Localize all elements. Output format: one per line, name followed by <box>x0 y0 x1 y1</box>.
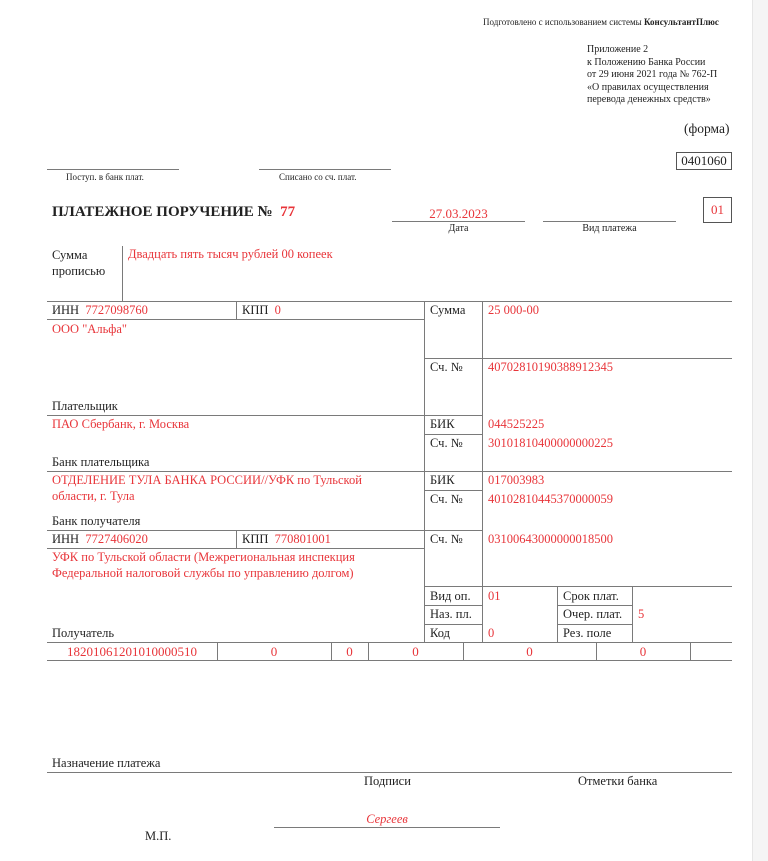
op-type-label: Вид оп. <box>430 589 471 604</box>
payer-kpp-value: 0 <box>275 303 281 317</box>
payer-inn-label: ИНН <box>52 303 79 317</box>
amount-words-label: Сумма прописью <box>52 247 105 279</box>
document-date: 27.03.2023 <box>392 206 525 222</box>
payee-kpp-label: КПП <box>242 532 268 546</box>
payee-inn-value: 7727406020 <box>85 532 148 546</box>
received-line <box>47 169 179 170</box>
date-label: Дата <box>392 223 525 234</box>
grid-line <box>424 434 482 435</box>
status-code-box: 01 <box>703 197 732 223</box>
grid-line <box>690 642 691 660</box>
payee-account-value: 03100643000000018500 <box>488 532 613 547</box>
tax-period: 0 <box>368 644 463 660</box>
grid-line <box>424 358 732 359</box>
op-type-value: 01 <box>488 589 501 604</box>
grid-line <box>47 642 732 643</box>
payee-role-label: Получатель <box>52 626 114 641</box>
payee-bank-name-line: ОТДЕЛЕНИЕ ТУЛА БАНКА РОССИИ//УФК по Туль… <box>52 473 362 489</box>
tax-doc-number: 0 <box>463 644 596 660</box>
appendix-line: перевода денежных средств» <box>587 94 717 107</box>
debited-label: Списано со сч. плат. <box>279 172 356 182</box>
grid-line <box>482 586 483 642</box>
date-line <box>392 221 525 222</box>
grid-line <box>47 301 732 302</box>
grid-line <box>47 530 482 531</box>
appendix-line: к Положению Банка России <box>587 57 717 70</box>
stamp-label: М.П. <box>145 829 171 844</box>
payee-inn: ИНН 7727406020 <box>52 532 148 547</box>
grid-line <box>632 586 633 642</box>
appendix-line: от 29 июня 2021 года № 762-П <box>587 69 717 82</box>
payer-bank-account-label: Сч. № <box>430 436 463 451</box>
payee-bank-role-label: Банк получателя <box>52 514 140 529</box>
appendix-line: «О правилах осуществления <box>587 82 717 95</box>
payer-account-label: Сч. № <box>430 360 463 375</box>
grid-line <box>47 319 424 320</box>
payee-bank-name-line: области, г. Тула <box>52 489 362 505</box>
due-label: Срок плат. <box>563 589 619 604</box>
payment-type-line <box>543 221 676 222</box>
payment-type-label: Вид платежа <box>543 223 676 234</box>
payee-name-line: УФК по Тульской области (Межрегиональная… <box>52 549 355 565</box>
payee-account-label: Сч. № <box>430 532 463 547</box>
payee-bank-bik-value: 017003983 <box>488 473 544 488</box>
payer-bank-bik-value: 044525225 <box>488 417 544 432</box>
payee-bank-bik-label: БИК <box>430 473 455 488</box>
payer-kpp: КПП 0 <box>242 303 281 318</box>
grid-line <box>236 530 237 548</box>
payer-bank-role-label: Банк плательщика <box>52 455 149 470</box>
prepared-with-note: Подготовлено с использованием системы Ко… <box>483 17 719 27</box>
bank-marks-label: Отметки банка <box>578 774 657 789</box>
amount-words-value: Двадцать пять тысяч рублей 00 копеек <box>128 247 333 262</box>
grid-line <box>236 301 237 319</box>
appendix-line: Приложение 2 <box>587 44 717 57</box>
priority-value: 5 <box>638 607 644 622</box>
grid-line <box>424 605 482 606</box>
priority-label: Очер. плат. <box>563 607 622 622</box>
grid-line <box>424 624 482 625</box>
grid-line <box>424 490 482 491</box>
payee-bank-name: ОТДЕЛЕНИЕ ТУЛА БАНКА РОССИИ//УФК по Туль… <box>52 473 362 504</box>
tax-doc-date: 0 <box>596 644 690 660</box>
purpose-code-label: Наз. пл. <box>430 607 472 622</box>
form-code: 0401060 <box>676 152 732 170</box>
grid-line <box>557 586 558 642</box>
prepared-brand: КонсультантПлюс <box>644 17 719 27</box>
document-number: 77 <box>280 204 295 220</box>
amount-words-label-line: Сумма <box>52 247 105 263</box>
payer-bank-account-value: 30101810400000000225 <box>488 436 613 451</box>
payer-inn-value: 7727098760 <box>85 303 148 317</box>
grid-line <box>47 415 482 416</box>
received-label: Поступ. в банк плат. <box>66 172 144 182</box>
payee-name: УФК по Тульской области (Межрегиональная… <box>52 549 355 581</box>
amount-words-divider <box>122 246 123 302</box>
form-label: (форма) <box>684 121 729 137</box>
signature-line <box>274 827 500 828</box>
prepared-with-text: Подготовлено с использованием системы <box>483 17 642 27</box>
tax-basis: 0 <box>331 644 368 660</box>
payee-name-line: Федеральной налоговой службы по управлен… <box>52 565 355 581</box>
amount-words-label-line: прописью <box>52 263 105 279</box>
signature: Сергеев <box>274 812 500 827</box>
grid-line <box>47 471 732 472</box>
grid-line <box>424 586 732 587</box>
purpose-label: Назначение платежа <box>52 756 160 771</box>
tax-oktmo: 0 <box>217 644 331 660</box>
tax-kbk: 18201061201010000510 <box>47 644 217 660</box>
payer-inn: ИНН 7727098760 <box>52 303 148 318</box>
grid-line <box>47 660 732 661</box>
amount-value: 25 000-00 <box>488 303 539 318</box>
payer-account-value: 40702810190388912345 <box>488 360 613 375</box>
page-edge-strip <box>752 0 768 861</box>
grid-line <box>557 624 632 625</box>
payee-inn-label: ИНН <box>52 532 79 546</box>
payer-bank-name: ПАО Сбербанк, г. Москва <box>52 417 189 432</box>
signatures-label: Подписи <box>364 774 411 789</box>
payee-kpp: КПП 770801001 <box>242 532 331 547</box>
grid-line <box>482 301 483 586</box>
document-title: ПЛАТЕЖНОЕ ПОРУЧЕНИЕ № 77 <box>52 204 295 221</box>
debited-line <box>259 169 391 170</box>
payer-kpp-label: КПП <box>242 303 268 317</box>
title-label: ПЛАТЕЖНОЕ ПОРУЧЕНИЕ № <box>52 204 273 220</box>
payee-kpp-value: 770801001 <box>275 532 331 546</box>
payer-bank-bik-label: БИК <box>430 417 455 432</box>
payee-bank-account-value: 40102810445370000059 <box>488 492 613 507</box>
payer-name: ООО "Альфа" <box>52 322 127 337</box>
code-value: 0 <box>488 626 494 641</box>
payer-role-label: Плательщик <box>52 399 118 414</box>
grid-line <box>557 605 632 606</box>
reserved-label: Рез. поле <box>563 626 611 641</box>
appendix-note: Приложение 2 к Положению Банка России от… <box>587 44 717 107</box>
amount-label: Сумма <box>430 303 465 318</box>
purpose-line <box>47 772 732 773</box>
code-label: Код <box>430 626 450 641</box>
payee-bank-account-label: Сч. № <box>430 492 463 507</box>
